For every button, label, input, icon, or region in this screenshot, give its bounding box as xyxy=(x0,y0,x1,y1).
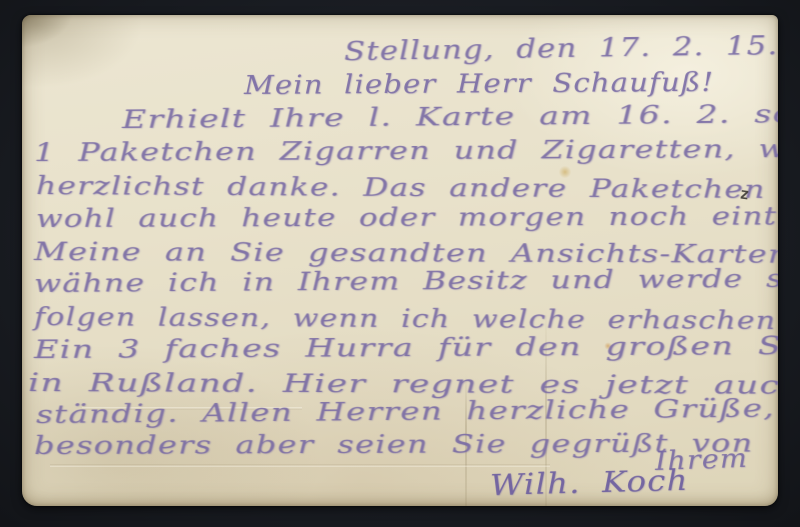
body-line: besonders aber seien Sie gegrüßt von xyxy=(34,428,754,460)
corner-wear-mark xyxy=(22,15,78,51)
signature-line: Wilh. Koch xyxy=(490,463,689,502)
salutation-line: Mein lieber Herr Schaufuß! xyxy=(244,68,714,101)
body-line: wähne ich in Ihrem Besitz und werde solc… xyxy=(34,263,778,298)
signature-flourish xyxy=(508,502,658,506)
body-line: folgen lassen, wenn ich welche erhaschen… xyxy=(34,302,778,335)
date-line: Stellung, den 17. 2. 15. xyxy=(344,31,778,67)
body-line: Ein 3 faches Hurra für den großen Sieg xyxy=(34,331,778,364)
postcard: Stellung, den 17. 2. 15. Mein lieber Her… xyxy=(22,15,778,506)
body-line: wohl auch heute oder morgen noch eintref… xyxy=(36,201,778,233)
crease-line xyxy=(50,464,550,467)
photo-background: Stellung, den 17. 2. 15. Mein lieber Her… xyxy=(0,0,800,527)
body-line: herzlichst danke. Das andere Paketchen w… xyxy=(36,171,778,204)
body-line: ständig. Allen Herren herzliche Grüße, xyxy=(36,394,775,429)
body-line: 1 Paketchen Zigarren und Zigaretten, wof… xyxy=(34,134,778,167)
body-line: Erhielt Ihre l. Karte am 16. 2. sowie xyxy=(122,99,778,134)
